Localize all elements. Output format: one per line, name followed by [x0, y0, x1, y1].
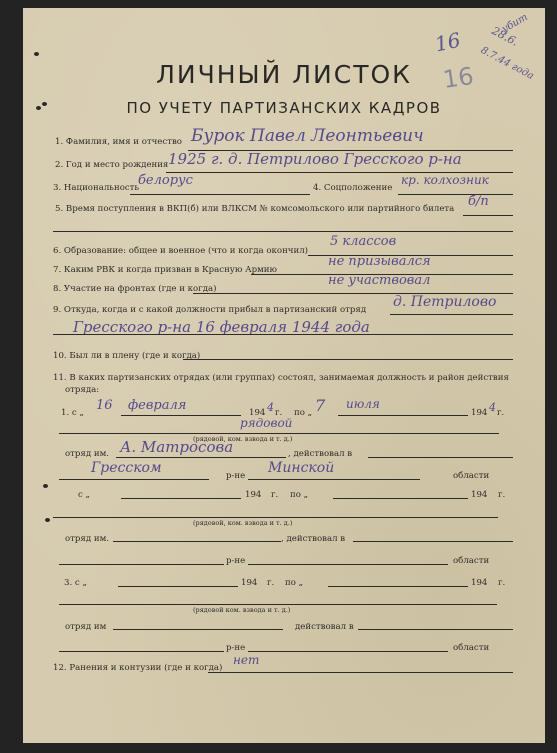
unit-3-oblast-label: области — [453, 643, 489, 653]
field-1-label: 1. Фамилия, имя и отчество — [55, 137, 182, 147]
unit-3-from-year-suffix: г. — [267, 578, 274, 588]
unit-1-to-year-prefix: 194 — [471, 408, 487, 418]
field-9-label: 9. Откуда, когда и с какой должности при… — [53, 305, 366, 315]
unit-1-from-year-digit: 4 — [267, 401, 274, 414]
field-9-value: д. Петрилово — [393, 294, 496, 310]
unit-1-oblast: Минской — [268, 460, 334, 476]
field-6-value: 5 классов — [330, 234, 396, 249]
unit-3-from-year-prefix: 194 — [241, 578, 257, 588]
field-8-value: не участвовал — [328, 273, 430, 288]
unit-1-from-prefix: 1. с „ — [61, 408, 84, 418]
unit-2-to-year-prefix: 194 — [471, 490, 487, 500]
unit-2-from-prefix: с „ — [78, 490, 90, 500]
field-10-label: 10. Был ли в плену (где и когда) — [53, 351, 200, 361]
field-3-line — [130, 194, 310, 195]
unit-3-to-label: по „ — [285, 578, 303, 588]
unit-1-otryad-line — [116, 457, 286, 458]
unit-1-to-year-digit: 4 — [489, 401, 496, 414]
field-2-label: 2. Год и место рождения — [55, 160, 168, 170]
unit-2-from-year-prefix: 194 — [245, 490, 261, 500]
unit-2-otryad-label: отряд им. — [65, 534, 109, 544]
unit-1-from-month: февраля — [128, 398, 186, 413]
unit-2-to-line — [333, 498, 468, 499]
field-9-line — [390, 314, 513, 315]
unit-2-acted-line — [353, 541, 513, 542]
field-10-line — [183, 359, 513, 360]
unit-1-from-day: 16 — [96, 398, 113, 413]
unit-2-oblast-line — [248, 564, 448, 565]
unit-3-from-prefix: 3. с „ — [64, 578, 87, 588]
binder-hole — [43, 484, 48, 488]
field-9-continuation-line — [53, 334, 513, 335]
unit-1-to-month: июля — [346, 397, 380, 411]
unit-1-to-line — [338, 415, 468, 416]
unit-2-to-label: по „ — [290, 490, 308, 500]
unit-3-to-year-suffix: г. — [498, 578, 505, 588]
unit-3-position-hint: (рядовой ком. взвода и т. д.) — [193, 606, 290, 614]
unit-3-otryad-label: отряд им — [65, 622, 106, 632]
unit-1-oblast-label: области — [453, 471, 489, 481]
unit-2-rayon-line — [59, 564, 224, 565]
unit-2-oblast-label: области — [453, 556, 489, 566]
binder-hole — [45, 518, 50, 522]
field-1-value: Бурок Павел Леонтьевич — [191, 126, 424, 146]
unit-3-to-line — [328, 586, 468, 587]
field-5-value: б/п — [468, 194, 489, 209]
unit-3-rayon-label: р-не — [226, 643, 245, 653]
pencil-mark: 16 — [441, 62, 475, 94]
unit-2-acted-label: , действовал в — [281, 534, 345, 544]
field-5-line — [463, 215, 513, 216]
unit-3-acted-label: действовал в — [295, 622, 354, 632]
unit-3-position-line — [59, 604, 497, 605]
unit-1-rayon-label: р-не — [226, 471, 245, 481]
unit-3-otryad-line — [113, 629, 283, 630]
unit-2-from-line — [121, 498, 241, 499]
field-3-value: белорус — [138, 173, 193, 188]
unit-1-otryad-label: отряд им. — [65, 449, 109, 459]
field-12-value: нет — [233, 653, 259, 667]
field-12-line — [208, 672, 513, 673]
binder-hole — [34, 52, 39, 56]
unit-2-otryad-line — [113, 541, 281, 542]
field-2-value: 1925 г. д. Петрилово Гресского р-на — [168, 150, 462, 168]
document-subtitle: ПО УЧЕТУ ПАРТИЗАНСКИХ КАДРОВ — [23, 99, 545, 117]
field-6-label: 6. Образование: общее и военное (что и к… — [53, 246, 308, 256]
unit-1-otryad: А. Матросова — [120, 438, 233, 456]
unit-3-to-year-prefix: 194 — [471, 578, 487, 588]
unit-1-rayon: Гресском — [91, 460, 162, 476]
unit-1-to-year-suffix: г. — [497, 408, 504, 418]
field-7-value: не призывался — [328, 254, 431, 269]
field-4-line — [398, 194, 513, 195]
unit-3-rayon-line — [59, 651, 224, 652]
unit-1-to-day: 7 — [315, 396, 325, 415]
field-3-label: 3. Национальность — [53, 183, 139, 193]
unit-1-rayon-line — [59, 479, 209, 480]
field-11-label-cont: отряда: — [65, 385, 99, 395]
field-8-label: 8. Участие на фронтах (где и когда) — [53, 284, 216, 294]
field-4-value: кр. колхозник — [401, 173, 489, 187]
unit-3-oblast-line — [248, 651, 448, 652]
unit-1-position: рядовой — [240, 416, 292, 430]
document-sheet: ЛИЧНЫЙ ЛИСТОК ПО УЧЕТУ ПАРТИЗАНСКИХ КАДР… — [23, 8, 545, 743]
unit-1-acted-line — [368, 457, 513, 458]
unit-2-position-hint: (рядовой, ком. взвода и т. д.) — [193, 519, 292, 527]
unit-2-from-year-suffix: г. — [271, 490, 278, 500]
field-11-label: 11. В каких партизанских отрядах (или гр… — [53, 373, 509, 383]
unit-3-from-line — [118, 586, 238, 587]
corner-note-number: 16 — [433, 28, 463, 57]
unit-1-acted-label: , действовал в — [288, 449, 352, 459]
field-4-label: 4. Соцположение — [313, 183, 392, 193]
unit-2-to-year-suffix: г. — [498, 490, 505, 500]
unit-1-oblast-line — [248, 479, 420, 480]
unit-2-position-line — [53, 517, 498, 518]
unit-2-rayon-label: р-не — [226, 556, 245, 566]
unit-1-to-label: по „ — [294, 408, 312, 418]
field-5-continuation-line — [53, 231, 513, 232]
unit-1-from-line — [121, 415, 241, 416]
field-7-label: 7. Каким РВК и когда призван в Красную А… — [53, 265, 277, 275]
unit-1-position-line — [59, 433, 499, 434]
field-5-label: 5. Время поступления в ВКП(б) или ВЛКСМ … — [55, 204, 454, 214]
field-12-label: 12. Ранения и контузии (где и когда) — [53, 663, 222, 673]
unit-3-acted-line — [358, 629, 513, 630]
